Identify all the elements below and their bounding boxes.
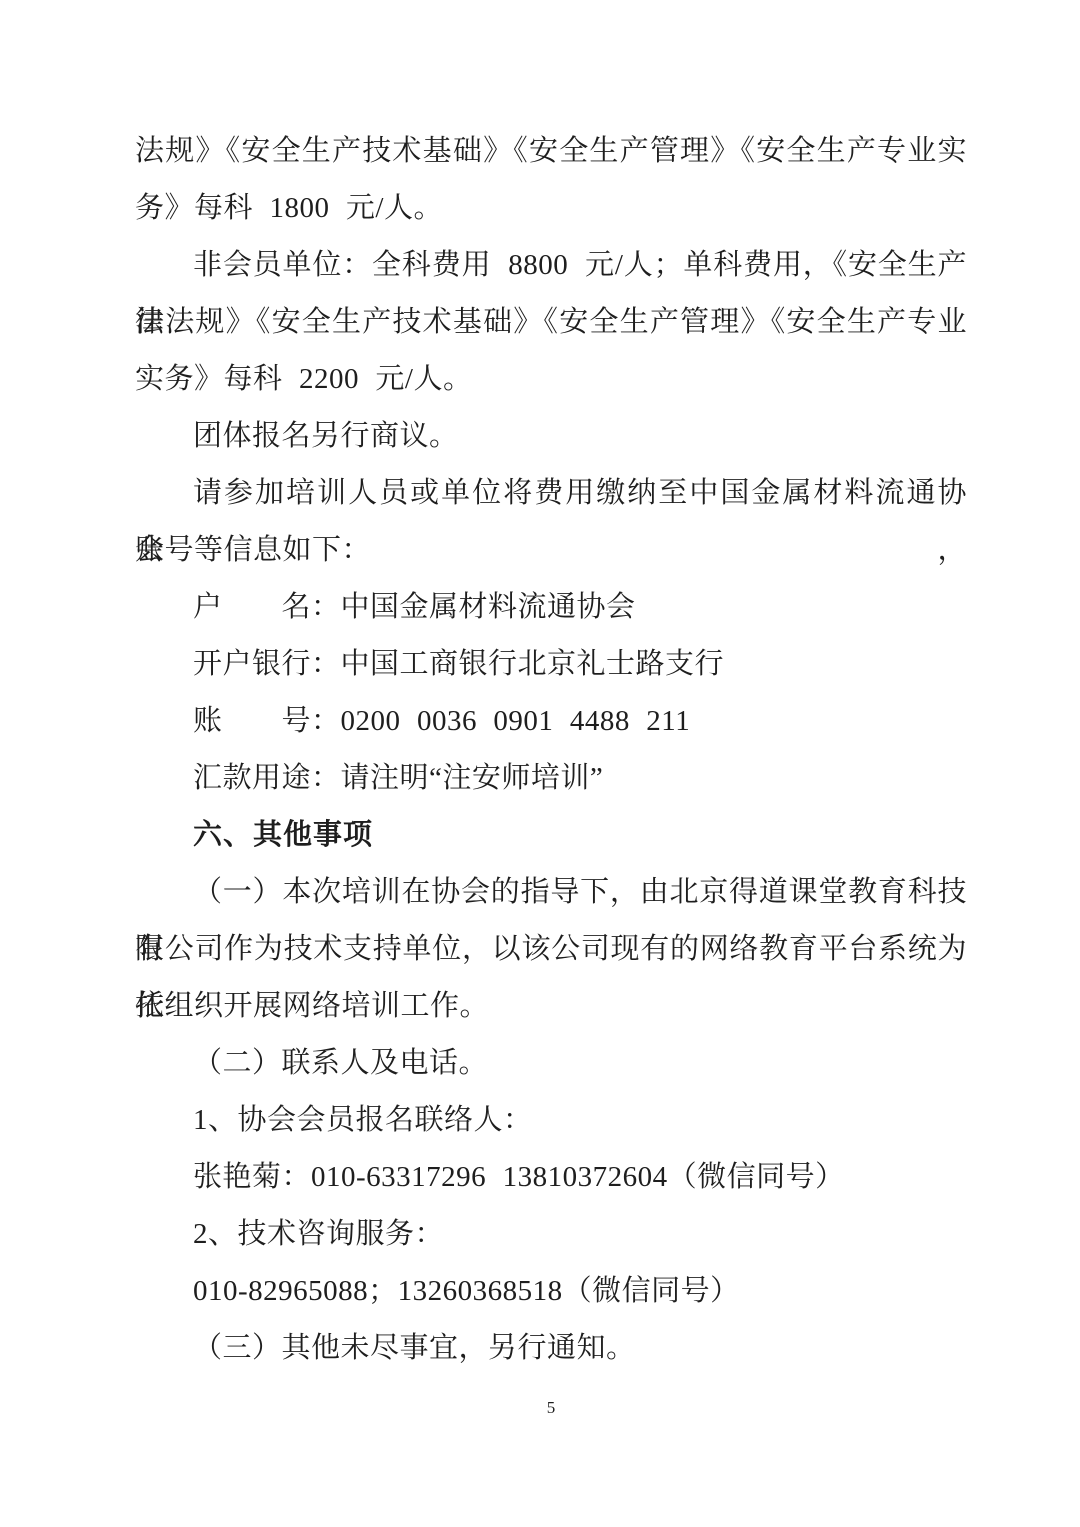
text-line: 开户银行：中国工商银行北京礼士路支行 <box>135 636 967 693</box>
text-line: 1、协会会员报名联络人： <box>135 1092 967 1149</box>
page-number: 5 <box>135 1397 967 1419</box>
page-content: 法规》《安全生产技术基础》《安全生产管理》《安全生产专业实务》每科 1800 元… <box>135 123 967 1419</box>
text-line: 张艳菊：010-63317296 13810372604（微信同号） <box>135 1149 967 1206</box>
document-page: 法规》《安全生产技术基础》《安全生产管理》《安全生产专业实务》每科 1800 元… <box>0 0 1080 1527</box>
text-line: 团体报名另行商议。 <box>135 408 967 465</box>
text-line: （三）其他未尽事宜，另行通知。 <box>135 1320 967 1377</box>
text-line: 限公司作为技术支持单位，以该公司现有的网络教育平台系统为依 <box>135 921 967 978</box>
text-line: 非会员单位：全科费用 8800 元/人；单科费用，《安全生产法 <box>135 237 967 294</box>
text-line: 010-82965088；13260368518（微信同号） <box>135 1263 967 1320</box>
text-line: 2、技术咨询服务： <box>135 1206 967 1263</box>
text-line: 实务》每科 2200 元/人。 <box>135 351 967 408</box>
text-line: 务》每科 1800 元/人。 <box>135 180 967 237</box>
text-line: 托组织开展网络培训工作。 <box>135 978 967 1035</box>
text-line: 律法规》《安全生产技术基础》《安全生产管理》《安全生产专业 <box>135 294 967 351</box>
text-line: （二）联系人及电话。 <box>135 1035 967 1092</box>
section-heading: 六、其他事项 <box>135 807 967 864</box>
text-line: 法规》《安全生产技术基础》《安全生产管理》《安全生产专业实 <box>135 123 967 180</box>
text-line: （一）本次培训在协会的指导下，由北京得道课堂教育科技有 <box>135 864 967 921</box>
text-line: 汇款用途：请注明“注安师培训” <box>135 750 967 807</box>
text-line: 户 名：中国金属材料流通协会 <box>135 579 967 636</box>
text-line: 账 号：0200 0036 0901 4488 211 <box>135 693 967 750</box>
text-body: 法规》《安全生产技术基础》《安全生产管理》《安全生产专业实务》每科 1800 元… <box>135 123 967 1377</box>
text-line: 请参加培训人员或单位将费用缴纳至中国金属材料流通协会， <box>135 465 967 522</box>
